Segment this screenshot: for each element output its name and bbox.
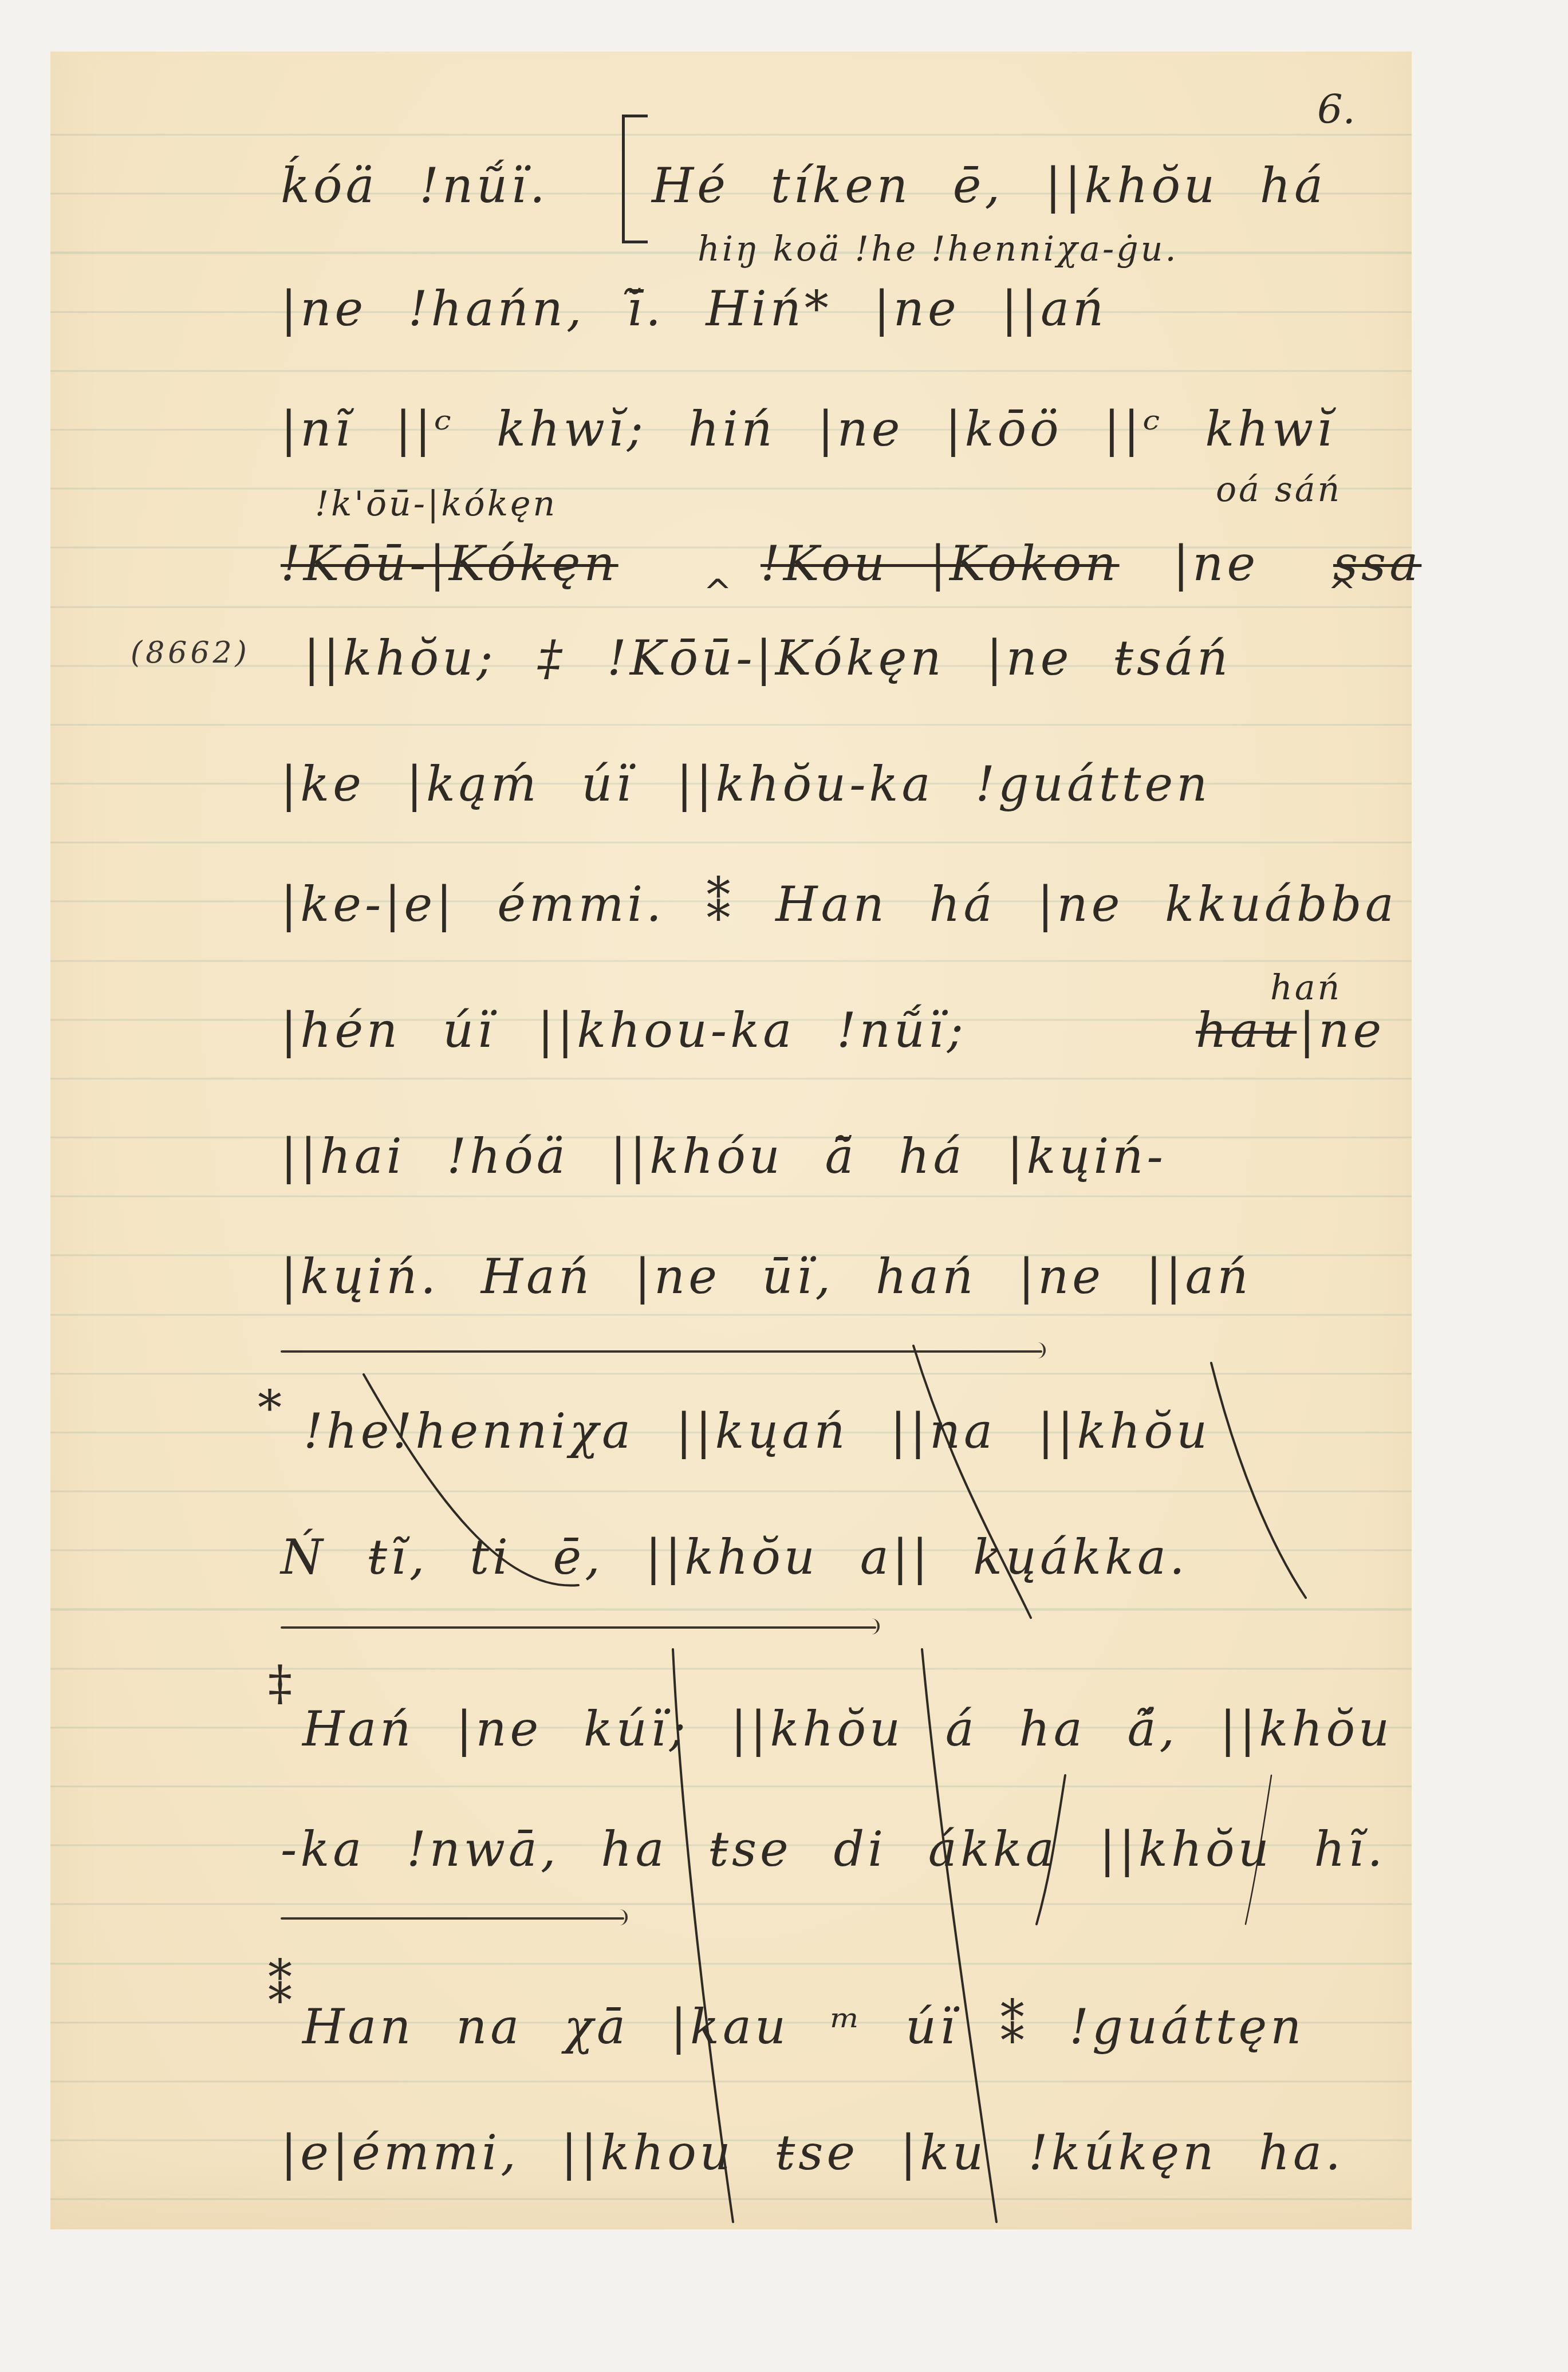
text-line-1a: ḱóä !nṹï. — [281, 157, 549, 214]
footnote-marker-double-dagger: ‡ — [268, 1655, 292, 1711]
interlinear-line-2: hiŋ koä !he !henniχa-ġu. — [698, 229, 1178, 269]
text-line-3: |ne !hańn, ī̃. Hiń* |ne ||ań — [281, 281, 1107, 337]
insertion-caret-2: ^ — [1327, 573, 1356, 613]
text-line-8: |ke |kąḿ úï ||khŏu-ka !guátten — [281, 756, 1211, 812]
struck-text-line-11: hau — [1196, 1002, 1297, 1058]
text-line-11-tail: |ne — [1299, 1002, 1385, 1058]
struck-text-line-6b: !Kou |Kokon — [761, 535, 1120, 592]
text-line-11: |hén úï ||khou-ka !nṹï; — [281, 1002, 967, 1058]
text-line-6-tail: |ne — [1173, 535, 1259, 592]
footnote-3-line-2: |e|émmi, ||khou ŧse |ku !kúkęn ha. — [281, 2125, 1344, 2181]
footnote-marker-section: ⁑ — [268, 1959, 292, 2015]
footnote-marker-asterisk: * — [258, 1380, 282, 1436]
interlinear-line-5-right: oá sáń — [1216, 470, 1342, 510]
bracket-mark — [622, 115, 648, 243]
text-line-13: |kųiń. Hań |ne ūï, hań |ne ||ań — [281, 1248, 1252, 1305]
manuscript-page: 6. ḱóä !nṹï. Hé tíken ē, ||khŏu há hiŋ k… — [50, 52, 1412, 2229]
separator-arrow-rule-3 — [281, 1917, 624, 1920]
text-line-9: |ke-|e| émmi. ⁑ Han há |ne kkuábba — [281, 876, 1397, 932]
text-line-1b-bracketed: Hé tíken ē, ||khŏu há — [652, 157, 1326, 214]
insertion-caret: ^ — [703, 573, 732, 613]
footnote-2-line-2: -ka !nwā, ha ŧse di ákka ||khŏu hĩ. — [281, 1821, 1386, 1877]
text-line-7: ||khŏu; ‡ !Kōū-|Kókęn |ne ŧsáń — [304, 630, 1231, 686]
footnote-1-line-1: !he!henniχa ||kųań ||na ||khŏu — [304, 1403, 1211, 1459]
text-line-4: |nĩ ||ᶜ khwĭ; hiń |ne |kōö ||ᶜ khwĭ — [281, 401, 1335, 457]
separator-arrow-rule-1 — [281, 1350, 1042, 1353]
interlinear-line-5: !k'ōū-|kókęn — [315, 484, 557, 524]
footnote-3-line-1: Han na χā |kau ᵐ úï ⁑ !guáttęn — [302, 1999, 1305, 2055]
separator-arrow-rule-2 — [281, 1626, 876, 1629]
struck-text-line-6a: !Kōū-|Kókęn — [281, 535, 618, 592]
text-line-12: ||hai !hóä ||khóu ã̄ há |kųiń- — [281, 1128, 1167, 1184]
footnote-2-line-1: Hań |ne kúï; ||khŏu á ha ã́, ||khŏu — [302, 1701, 1393, 1757]
margin-reference-number: (8662) — [131, 636, 250, 670]
footnote-1-line-2: Ń ŧĩ, ti ē, ||khŏu a|| kųákka. — [281, 1529, 1188, 1585]
page-number: 6. — [1317, 86, 1356, 133]
